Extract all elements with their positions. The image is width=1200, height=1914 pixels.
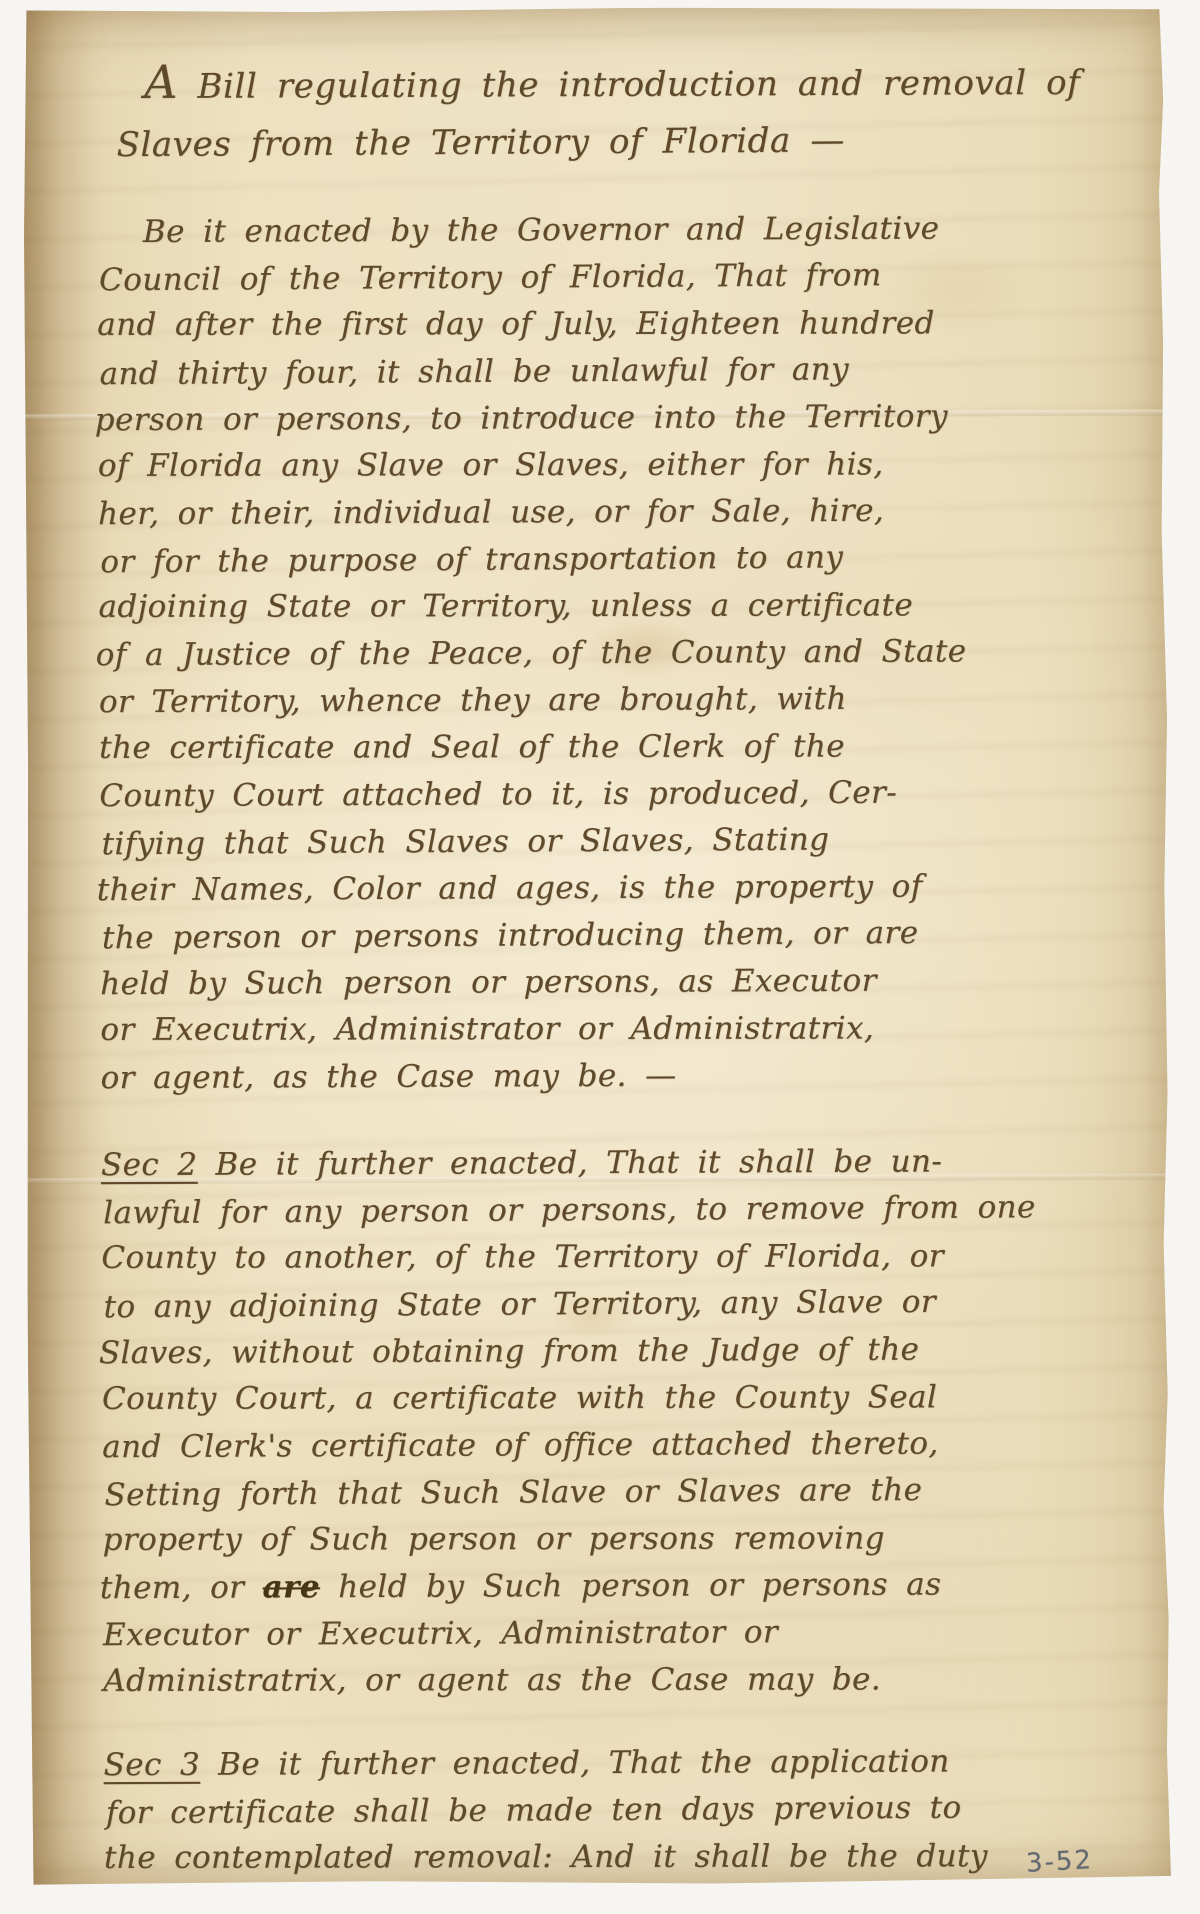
heading-line: A Bill regulating the introduction and r… [144,50,1126,116]
section-3: Sec 3Be it further enacted, That the app… [103,1738,1134,1883]
text-line: Council of the Territory of Florida, Tha… [99,251,1129,305]
text-line: adjoining State or Territory, unless a c… [98,582,1128,631]
text-line: and after the first day of July, Eightee… [97,300,1127,349]
section-label: Sec 3 [103,1747,200,1783]
text-line: tifying that Such Slaves or Slaves, Stat… [101,815,1131,869]
left-fold-shadow [22,10,100,1886]
section-2: Sec 2Be it further enacted, That it shal… [101,1138,1133,1706]
text-line: for certificate shall be made ten days p… [106,1784,1136,1838]
text-line: County Court attached to it, is produced… [99,769,1129,820]
text-line: and Clerk's certificate of office attach… [102,1420,1132,1471]
text-line: to any adjoining State or Territory, any… [103,1278,1133,1332]
section-label: Sec 2 [101,1147,198,1183]
text-line: Executor or Executrix, Administrator or [103,1608,1133,1659]
text-line: County to another, of the Territory of F… [101,1233,1131,1282]
text-line: Administratrix, or agent as the Case may… [103,1656,1133,1705]
page-number-annotation: 3-52 [1025,1845,1094,1879]
text-segment: them, or [100,1569,263,1606]
text-line: them, or are held by Such person or pers… [100,1561,1130,1612]
text-line: and thirty four, it shall be unlawful fo… [99,345,1129,399]
text-line: or agent, as the Case may be. — [100,1051,1130,1102]
text-line: or for the purpose of transportation to … [100,533,1130,587]
text-line: lawful for any person or persons, to rem… [103,1184,1133,1238]
text-line: or Territory, whence they are brought, w… [99,675,1129,726]
text-line: person or persons, to introduce into the… [95,393,1125,444]
section-1: Be it enacted by the Governor and Legisl… [97,205,1131,1102]
text-line: of Florida any Slave or Slaves, either f… [98,441,1128,490]
text-line: her, or their, individual use, or for Sa… [98,487,1128,538]
text-line: Sec 2Be it further enacted, That it shal… [101,1138,1131,1189]
text-line: County Court, a certificate with the Cou… [102,1374,1132,1423]
text-line: held by Such person or persons, as Execu… [100,957,1130,1008]
text-line: or Executrix, Administrator or Administr… [100,1005,1130,1054]
text-line: the person or persons introducing them, … [102,909,1132,963]
text-line: their Names, Color and ages, is the prop… [97,863,1127,914]
text-line: Setting forth that Such Slave or Slaves … [104,1466,1134,1520]
manuscript-paper: A Bill regulating the introduction and r… [22,6,1172,1887]
text-segment: Be it further enacted, That the applicat… [218,1743,950,1782]
text-line: Slaves, without obtaining from the Judge… [99,1326,1129,1377]
text-line: property of Such person or persons remov… [103,1515,1133,1564]
text-line: the contemplated removal: And it shall b… [104,1833,1134,1882]
text-line: the certificate and Seal of the Clerk of… [99,723,1129,772]
overwritten-word: are [263,1569,321,1605]
manuscript-text: A Bill regulating the introduction and r… [96,50,1134,1883]
heading-line: Slaves from the Territory of Florida — [116,111,1128,175]
document-heading: A Bill regulating the introduction and r… [144,50,1127,173]
text-segment: held by Such person or persons as [320,1567,942,1606]
text-line: of a Justice of the Peace, of the County… [96,628,1126,679]
text-line: Sec 3Be it further enacted, That the app… [103,1738,1133,1789]
text-segment: Be it further enacted, That it shall be … [215,1143,942,1182]
text-line: Be it enacted by the Governor and Legisl… [97,205,1127,256]
